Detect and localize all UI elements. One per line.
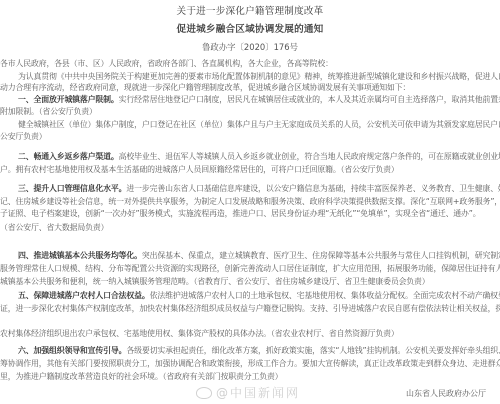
- section-text: 高校毕业生、退伍军人等城镇人员入乡返乡就业创业，符合当地人民政府规定落户条件的，…: [119, 152, 500, 161]
- section-6: 六、加强组织领导和宣传引导。各级要切实承担起责任，细化改革方案，抓好政策实施，落…: [0, 345, 500, 356]
- intro-line: 为认真贯彻《中共中央国务院关于构建更加完善的要素市场化配置体制机制的意见》精神，…: [0, 71, 500, 82]
- section-text: 进一步完善山东省人口基础信息库建设，以公安户籍信息为基础，持续丰富医保养老、义务…: [126, 184, 500, 193]
- document-title-line2: 促进城乡融合区域协调发展的通知: [0, 24, 500, 36]
- section-5: 五、保障进城落户农村人口合法权益。依法维护进城落户农村人口的土地承包权、宅基地使…: [0, 290, 500, 301]
- section-text: 实行经常居住地登记户口制度，居民凡在城镇居住或就业的，本人及其近亲属均可自主选择…: [119, 95, 500, 104]
- section-text: （省公安厅、省大数据局负责）: [0, 222, 500, 233]
- section-text: 服务管理常住人口规模、结构、分布等配置公共资源的实现路径，创新完善流动人口居住证…: [0, 263, 500, 274]
- section-text: 各级要切实承担起责任，细化改革方案，抓好政策实施，落实“人地钱”挂钩机制。公安机…: [126, 346, 500, 355]
- section-heading: 一、全面放开城镇落户限制。: [18, 95, 119, 104]
- watermark: @中国新闻网: [196, 384, 300, 401]
- section-text: 里，为推进户籍制度改革营造良好的社会环境。（省政府有关部门按职责分工负责）: [0, 371, 500, 382]
- addressee: 各市人民政府，各县（市、区）人民政府，省政府各部门、各直属机构，各大企业，各高等…: [0, 58, 500, 69]
- section-text: 突出保基本、保重点，建立城镇教育、医疗卫生、住房保障等基本公共服务与常住人口挂钩…: [142, 251, 500, 260]
- section-1: 一、全面放开城镇落户限制。实行经常居住地登记户口制度，居民凡在城镇居住或就业的，…: [0, 94, 500, 105]
- intro-line: 动力合理有序流动，经省政府同意，现就进一步深化户籍管理制度改革，促进城乡融合区域…: [0, 82, 500, 93]
- section-heading: 三、提升人口管理信息化水平。: [18, 184, 126, 193]
- section-text: 户。拥有农村宅基地使用权及基本生活基础的进城落户人员回原籍经常居住的，可将户口迁…: [0, 164, 500, 175]
- watermark-text: @中国新闻网: [216, 384, 300, 401]
- section-text: 公安厅负责）: [0, 131, 500, 142]
- section-heading: 二、畅通入乡返乡落户渠道。: [18, 152, 119, 161]
- weibo-icon: [196, 387, 212, 399]
- section-text: 筹协调作用，其他有关部门要按照职责分工，加强协调配合和政策衔接，形成工作合力。要…: [0, 358, 500, 369]
- signature: 山东省人民政府办公厅: [406, 388, 486, 399]
- section-text: 子证照、电子档案建设，创新“一次办好”服务模式，实施流程再造，推进户口、居民身份…: [0, 208, 500, 219]
- section-text: 记、住房城乡建设等社会信息，统一对外提供共享服务，为制定人口发展战略和服务决策、…: [0, 196, 500, 207]
- section-text: 依法维护进城落户农村人口的土地承包权、宅基地使用权、集体收益分配权。全面完成农村…: [150, 291, 500, 300]
- section-heading: 六、加强组织领导和宣传引导。: [18, 346, 126, 355]
- section-4: 四、推进城镇基本公共服务均等化。突出保基本、保重点，建立城镇教育、医疗卫生、住房…: [0, 250, 500, 261]
- section-text: 附加限制。（省公安厅负责）: [0, 106, 500, 117]
- section-text: 健全城镇社区（单位）集体户制度，户口登记在社区（单位）集体户且与户主无家庭成员关…: [0, 119, 500, 130]
- section-heading: 五、保障进城落户农村人口合法权益。: [18, 291, 150, 300]
- section-2: 二、畅通入乡返乡落户渠道。高校毕业生、退伍军人等城镇人员入乡返乡就业创业，符合当…: [0, 151, 500, 162]
- section-text: 农村集体经济组织退出农户承包权、宅基地使用权、集体资产股权的具体办法。（省农业农…: [0, 328, 500, 339]
- section-text: 城镇基本公共服务和便利，统一纳入城镇服务管理范畴。（省教育厅、省公安厅、省住房城…: [0, 276, 500, 287]
- document-title-line1: 关于进一步深化户籍管理制度改革: [0, 6, 500, 18]
- document-page: 关于进一步深化户籍管理制度改革 促进城乡融合区域协调发展的通知 鲁政办字〔202…: [0, 0, 500, 404]
- section-heading: 四、推进城镇基本公共服务均等化。: [18, 251, 142, 260]
- document-number: 鲁政办字〔2020〕176号: [0, 41, 500, 53]
- section-3: 三、提升人口管理信息化水平。进一步完善山东省人口基础信息库建设，以公安户籍信息为…: [0, 183, 500, 194]
- section-text: 证，进一步深化农村集体产权制度改革，加快农村集体经济组织成员权益与户籍登记脱钩。…: [0, 303, 500, 314]
